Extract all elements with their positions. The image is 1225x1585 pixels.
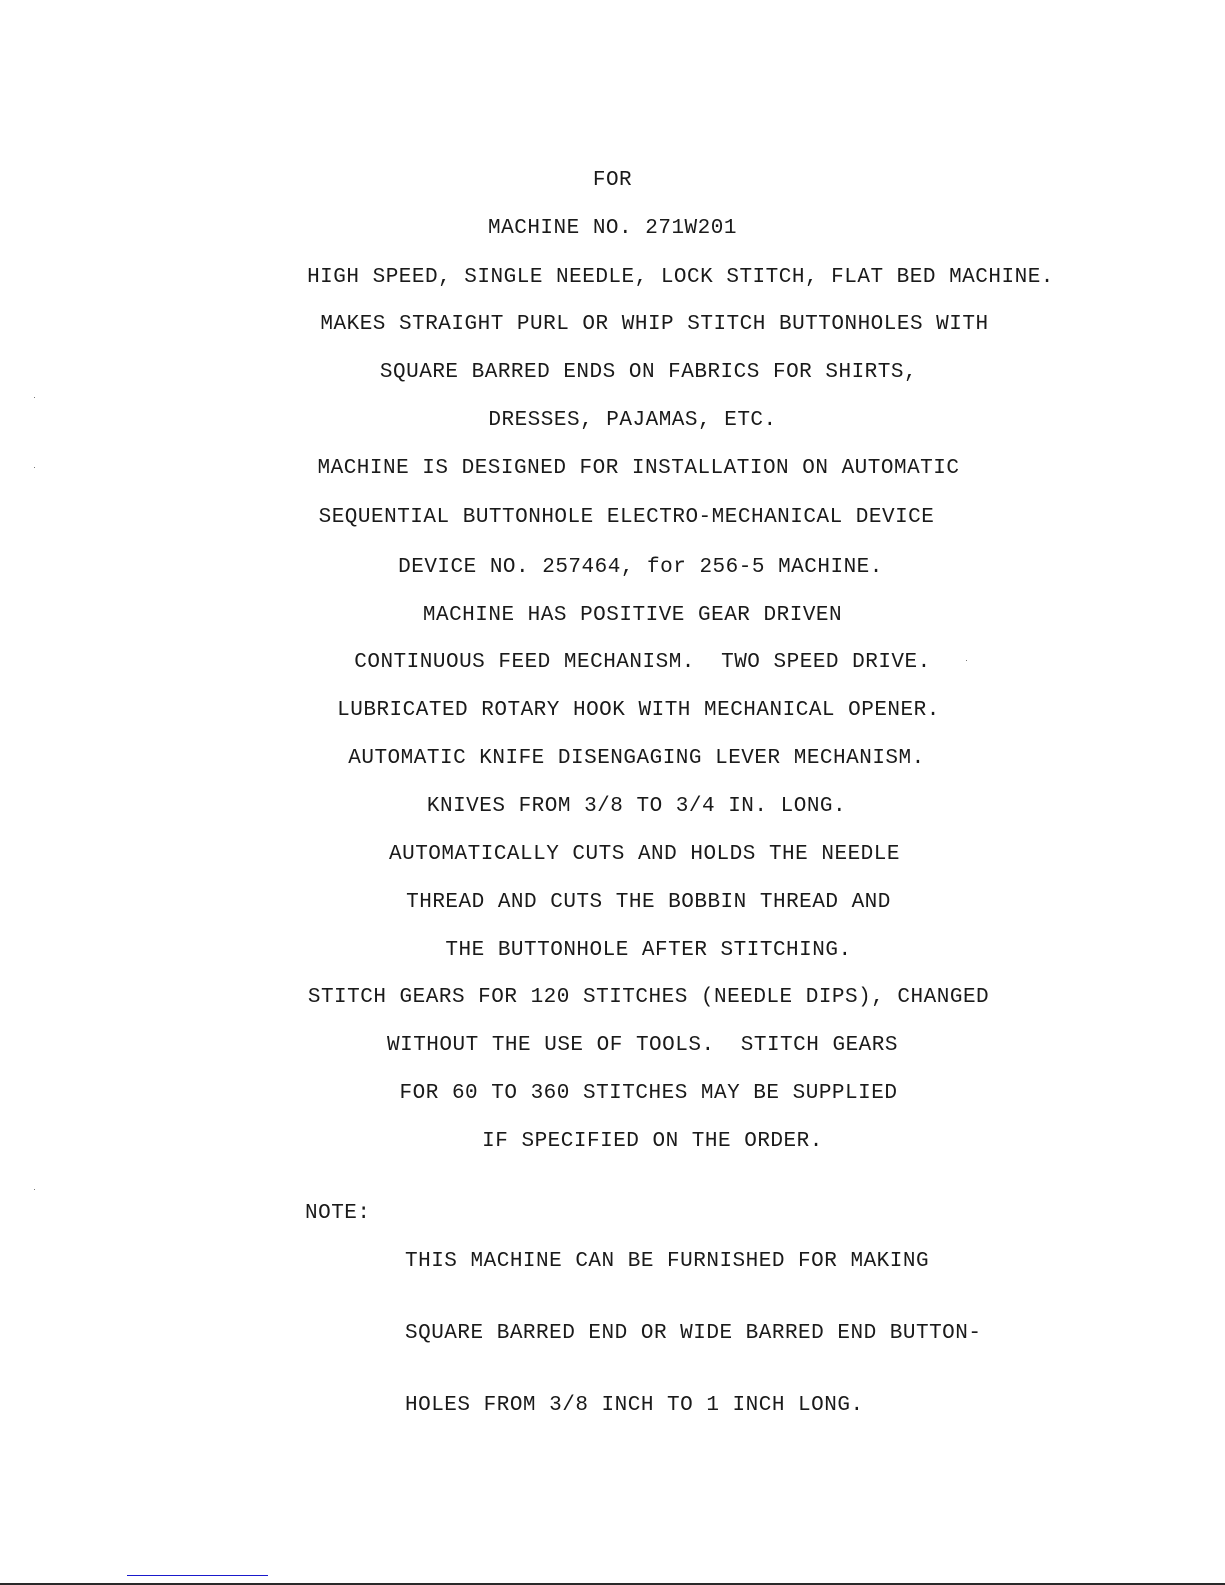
spec-line: LUBRICATED ROTARY HOOK WITH MECHANICAL O… xyxy=(26,698,1225,724)
spec-line: AUTOMATIC KNIFE DISENGAGING LEVER MECHAN… xyxy=(24,746,1225,772)
scan-speck xyxy=(966,660,967,661)
spec-line: DEVICE NO. 257464, for 256-5 MACHINE. xyxy=(28,555,1225,581)
note-line: HOLES FROM 3/8 INCH TO 1 INCH LONG. xyxy=(405,1394,982,1418)
note-block: NOTE: THIS MACHINE CAN BE FURNISHED FOR … xyxy=(305,1202,357,1298)
spec-line: STITCH GEARS FOR 120 STITCHES (NEEDLE DI… xyxy=(36,985,1225,1011)
spec-line: IF SPECIFIED ON THE ORDER. xyxy=(40,1129,1225,1155)
spec-line: CONTINUOUS FEED MECHANISM. TWO SPEED DRI… xyxy=(30,650,1225,676)
header-for: FOR xyxy=(0,168,1225,194)
spec-line: FOR 60 TO 360 STITCHES MAY BE SUPPLIED xyxy=(36,1081,1225,1107)
spec-line: HIGH SPEED, SINGLE NEEDLE, LOCK STITCH, … xyxy=(68,265,1225,291)
note-line: SQUARE BARRED END OR WIDE BARRED END BUT… xyxy=(405,1322,982,1346)
note-line: THIS MACHINE CAN BE FURNISHED FOR MAKING xyxy=(405,1250,982,1274)
spec-line: SQUARE BARRED ENDS ON FABRICS FOR SHIRTS… xyxy=(36,360,1225,386)
machine-number-heading: MACHINE NO. 271W201 xyxy=(0,216,1225,242)
spec-line: WITHOUT THE USE OF TOOLS. STITCH GEARS xyxy=(30,1033,1225,1059)
note-label: NOTE: xyxy=(305,1202,371,1226)
scan-speck xyxy=(34,467,35,468)
scan-speck xyxy=(34,397,35,398)
document-page: FOR MACHINE NO. 271W201 HIGH SPEED, SING… xyxy=(0,0,1225,1585)
spec-line: KNIVES FROM 3/8 TO 3/4 IN. LONG. xyxy=(24,794,1225,820)
spec-line: SEQUENTIAL BUTTONHOLE ELECTRO-MECHANICAL… xyxy=(14,505,1225,531)
spec-line: MACHINE HAS POSITIVE GEAR DRIVEN xyxy=(20,603,1225,629)
blue-underline-mark xyxy=(127,1575,268,1576)
note-body: THIS MACHINE CAN BE FURNISHED FOR MAKING… xyxy=(405,1202,982,1466)
spec-line: DRESSES, PAJAMAS, ETC. xyxy=(20,408,1225,434)
scan-speck xyxy=(34,1189,35,1190)
spec-line: THE BUTTONHOLE AFTER STITCHING. xyxy=(36,938,1225,964)
spec-line: MACHINE IS DESIGNED FOR INSTALLATION ON … xyxy=(26,456,1225,482)
spec-line: AUTOMATICALLY CUTS AND HOLDS THE NEEDLE xyxy=(32,842,1225,868)
spec-line: MAKES STRAIGHT PURL OR WHIP STITCH BUTTO… xyxy=(42,312,1225,338)
spec-line: THREAD AND CUTS THE BOBBIN THREAD AND xyxy=(36,890,1225,916)
